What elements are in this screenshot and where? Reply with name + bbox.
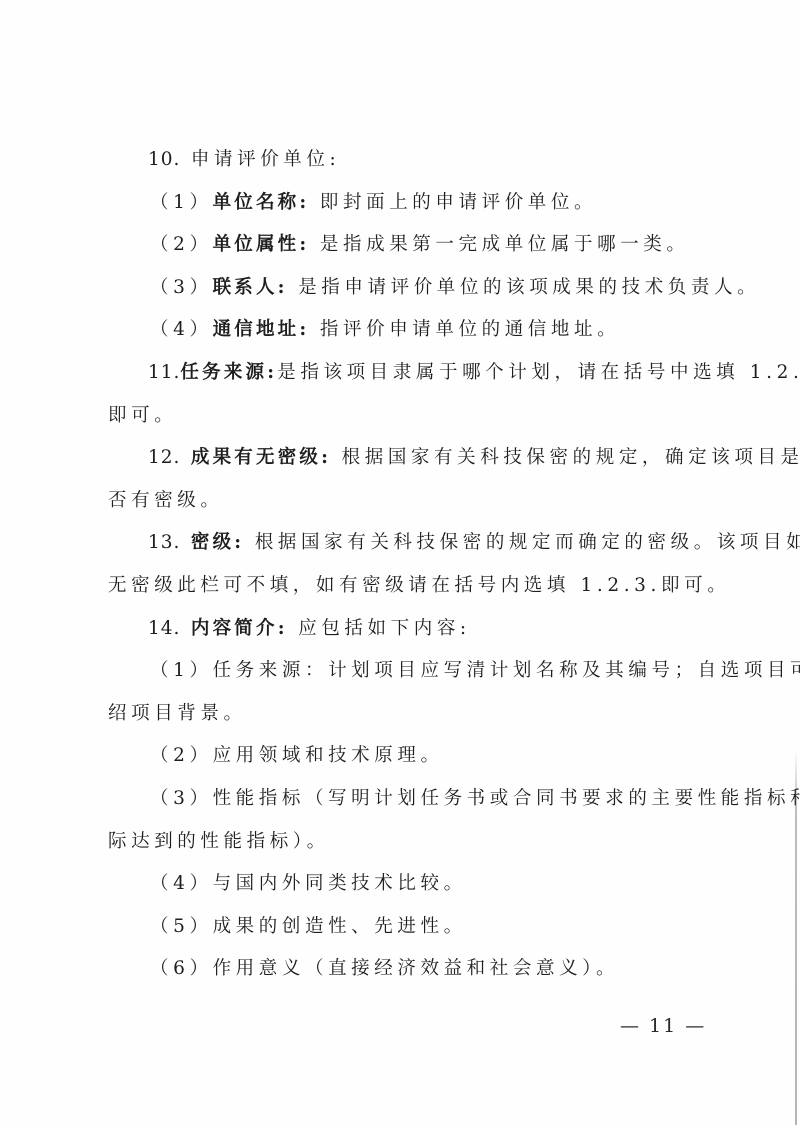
document-page: 10. 申请评价单位: （1）单位名称: 即封面上的申请评价单位。 （2）单位属… [0,0,800,1131]
section-14-item-5: （5）成果的创造性、先进性。 [108,911,692,954]
section-text: 否有密级。 [108,490,224,511]
section-14-heading: 14. 内容简介: 应包括如下内容: [108,613,692,656]
section-term: 成果有无密级: [191,447,331,468]
section-12-line-2: 否有密级。 [108,485,692,528]
item-label: （1） [150,192,213,213]
item-text: 即封面上的申请评价单位。 [320,192,597,213]
item-term: 单位属性: [213,234,310,255]
section-10-item-2: （2）单位属性: 是指成果第一完成单位属于哪一类。 [108,229,692,272]
section-14-item-3-line-2: 际达到的性能指标）。 [108,826,692,869]
section-term: 密级: [191,532,244,553]
item-text: （6）作用意义（直接经济效益和社会意义）。 [150,958,619,979]
section-number: 14. [148,618,180,639]
item-term: 单位名称: [213,192,310,213]
section-11-line-1: 11.任务来源:是指该项目隶属于哪个计划，请在括号中选填 1.2.3. [108,357,692,400]
item-text: （1）任务来源：计划项目应写清计划名称及其编号；自选项目可介 [150,660,800,681]
item-text: （3）性能指标（写明计划任务书或合同书要求的主要性能指标和实 [150,788,800,809]
section-number: 12. [148,447,180,468]
section-text: 根据国家有关科技保密的规定而确定的密级。该项目如 [255,532,800,553]
section-number: 10. [148,149,180,170]
item-text: （2）应用领域和技术原理。 [150,745,444,766]
section-term: 内容简介: [191,618,288,639]
section-text: 根据国家有关科技保密的规定，确定该项目是 [342,447,800,468]
item-text: 是指申请评价单位的该项成果的技术负责人。 [298,277,760,298]
item-text: 指评价申请单位的通信地址。 [320,319,620,340]
section-number: 13. [148,532,180,553]
section-12-line-1: 12. 成果有无密级: 根据国家有关科技保密的规定，确定该项目是 [108,442,692,485]
item-text: 绍项目背景。 [108,703,247,724]
section-text: 无密级此栏可不填，如有密级请在括号内选填 1.2.3.即可。 [108,575,730,596]
item-term: 通信地址: [213,319,310,340]
section-11-line-2: 即可。 [108,400,692,443]
section-14-item-1-line-1: （1）任务来源：计划项目应写清计划名称及其编号；自选项目可介 [108,655,692,698]
section-number: 11. [148,362,180,383]
section-title: 申请评价单位: [191,149,340,170]
item-text: （5）成果的创造性、先进性。 [150,916,467,937]
section-text: 应包括如下内容: [298,618,471,639]
section-14-item-6: （6）作用意义（直接经济效益和社会意义）。 [108,953,692,996]
section-14-item-4: （4）与国内外同类技术比较。 [108,868,692,911]
section-text: 是指该项目隶属于哪个计划，请在括号中选填 1.2.3. [277,362,800,383]
item-text: 际达到的性能指标）。 [108,831,330,852]
item-label: （2） [150,234,213,255]
item-label: （4） [150,319,213,340]
section-term: 任务来源: [180,362,277,383]
section-10-heading: 10. 申请评价单位: [108,144,692,187]
section-14-item-2: （2）应用领域和技术原理。 [108,740,692,783]
item-text: 是指成果第一完成单位属于哪一类。 [320,234,690,255]
item-term: 联系人: [213,277,288,298]
section-13-line-1: 13. 密级: 根据国家有关科技保密的规定而确定的密级。该项目如 [108,527,692,570]
section-text: 即可。 [108,405,177,426]
section-10-item-4: （4）通信地址: 指评价申请单位的通信地址。 [108,314,692,357]
section-14-item-3-line-1: （3）性能指标（写明计划任务书或合同书要求的主要性能指标和实 [108,783,692,826]
page-number: — 11 — [620,1011,706,1041]
document-body: 10. 申请评价单位: （1）单位名称: 即封面上的申请评价单位。 （2）单位属… [108,144,692,996]
section-10-item-3: （3）联系人: 是指申请评价单位的该项成果的技术负责人。 [108,272,692,315]
section-13-line-2: 无密级此栏可不填，如有密级请在括号内选填 1.2.3.即可。 [108,570,692,613]
item-text: （4）与国内外同类技术比较。 [150,873,467,894]
section-14-item-1-line-2: 绍项目背景。 [108,698,692,741]
section-10-item-1: （1）单位名称: 即封面上的申请评价单位。 [108,187,692,230]
item-label: （3） [150,277,213,298]
